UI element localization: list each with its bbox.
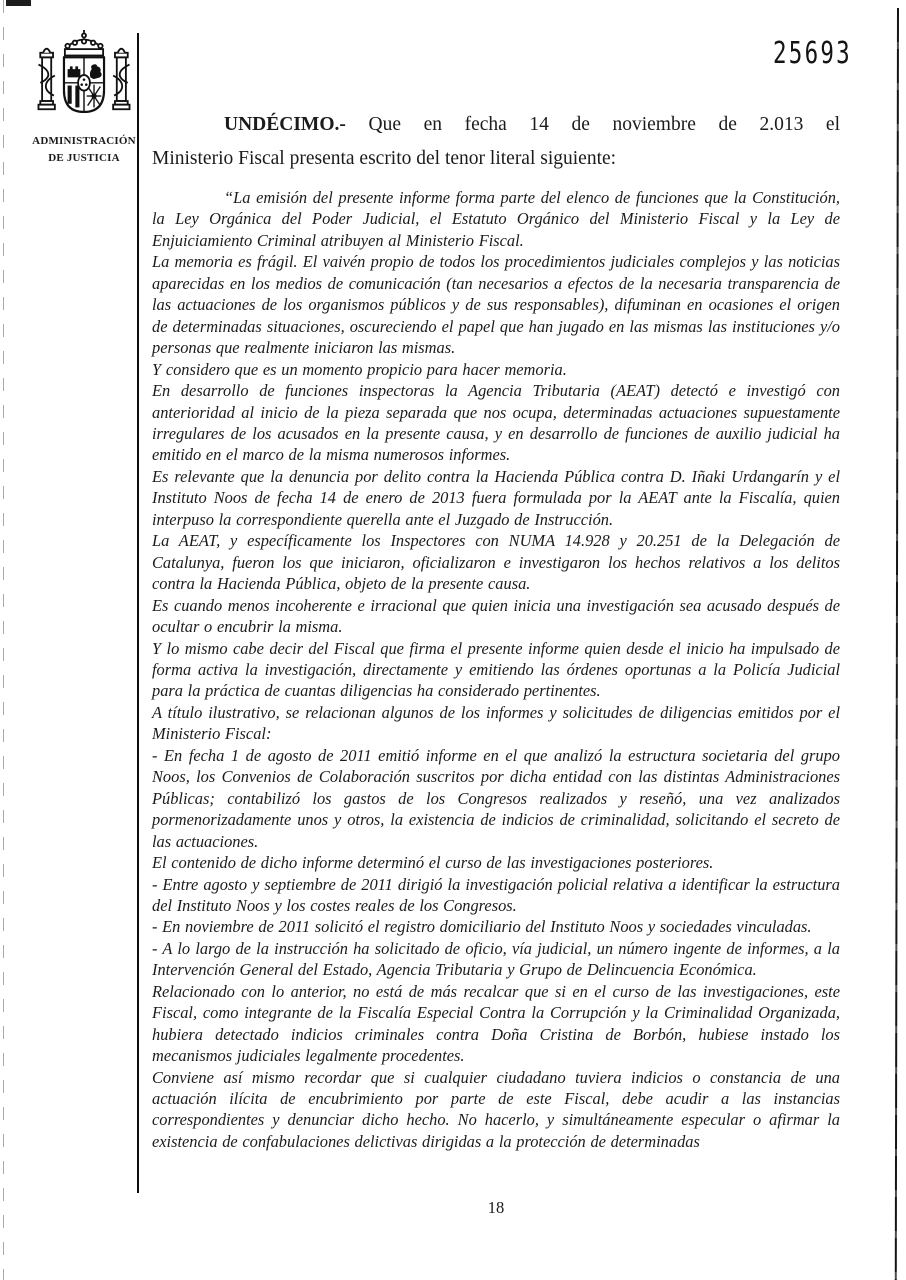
quote-paragraph: El contenido de dicho informe determinó …: [152, 852, 840, 873]
coat-of-arms-icon: [33, 30, 135, 132]
letterhead-org-line1: ADMINISTRACIÓN: [28, 135, 140, 149]
quote-paragraph: - Entre agosto y septiembre de 2011 diri…: [152, 874, 840, 917]
main-text-column: UNDÉCIMO.- Que en fecha 14 de noviembre …: [152, 112, 840, 1152]
section-heading: UNDÉCIMO.- Que en fecha 14 de noviembre …: [152, 112, 840, 138]
quote-paragraph: Y considero que es un momento propicio p…: [152, 359, 840, 380]
quote-paragraph: “La emisión del presente informe forma p…: [152, 187, 840, 251]
page-number: 18: [152, 1198, 840, 1218]
scan-corner-mark: [6, 0, 31, 6]
scan-edge-left: [3, 0, 4, 1280]
quote-paragraph: - A lo largo de la instrucción ha solici…: [152, 938, 840, 981]
quote-paragraph: La memoria es frágil. El vaivén propio d…: [152, 251, 840, 358]
section-heading-text: Que en fecha 14 de noviembre de 2.013 el: [368, 114, 840, 135]
quote-paragraph: Conviene así mismo recordar que si cualq…: [152, 1067, 840, 1153]
quote-paragraph: Relacionado con lo anterior, no está de …: [152, 981, 840, 1067]
letterhead-org-line2: DE JUSTICIA: [28, 152, 140, 166]
quote-paragraph: - En noviembre de 2011 solicitó el regis…: [152, 916, 840, 937]
margin-rule: [137, 33, 139, 1193]
document-page: ADMINISTRACIÓN DE JUSTICIA 25693 UNDÉCIM…: [0, 0, 906, 1280]
quote-paragraph: A título ilustrativo, se relacionan algu…: [152, 702, 840, 745]
quote-paragraph: En desarrollo de funciones inspectoras l…: [152, 380, 840, 466]
quote-paragraph: Y lo mismo cabe decir del Fiscal que fir…: [152, 638, 840, 702]
quote-paragraph: - En fecha 1 de agosto de 2011 emitió in…: [152, 745, 840, 852]
quote-block: “La emisión del presente informe forma p…: [152, 187, 840, 1152]
quote-paragraph: Es cuando menos incoherente e irracional…: [152, 595, 840, 638]
quote-paragraph: La AEAT, y específicamente los Inspector…: [152, 530, 840, 594]
section-heading-line2: Ministerio Fiscal presenta escrito del t…: [152, 146, 840, 172]
quote-paragraph: Es relevante que la denuncia por delito …: [152, 466, 840, 530]
letterhead: ADMINISTRACIÓN DE JUSTICIA: [28, 30, 140, 165]
stamp-number: 25693: [773, 36, 852, 71]
scan-edge-right: [895, 8, 899, 1280]
section-ordinal: UNDÉCIMO.-: [224, 114, 346, 135]
